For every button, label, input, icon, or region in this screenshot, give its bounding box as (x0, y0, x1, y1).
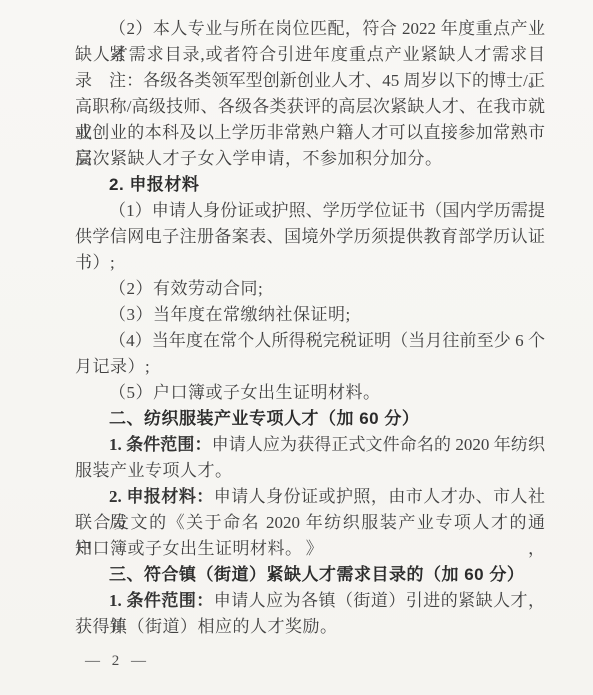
text-line: 1. 条件范围：申请人应为获得正式文件命名的 2020 年纺织 (75, 432, 545, 458)
text-line: 或创业的本科及以上学历非常熟户籍人才可以直接参加常熟市高 (75, 120, 545, 146)
text-segment: （4）当年度在常个人所得税完税证明（当月往前至少 6 个 (109, 331, 545, 350)
text-segment: 服装产业专项人才。 (75, 461, 233, 480)
text-segment: 书）; (75, 253, 115, 272)
text-line: （2）本人专业与所在岗位匹配，符合 2022 年度重点产业紧 (75, 16, 545, 42)
text-segment: 申请人应为获得正式文件命名的 2020 年纺织 (212, 435, 545, 454)
text-line: （3）当年度在常缴纳社保证明; (75, 302, 545, 328)
text-segment: 月记录）; (75, 357, 150, 376)
document-lines: （2）本人专业与所在岗位匹配，符合 2022 年度重点产业紧缺人才需求目录,或者… (75, 16, 545, 640)
text-line: 获得镇（街道）相应的人才奖励。 (75, 614, 545, 640)
text-line: 注：各级各类领军型创新创业人才、45 周岁以下的博士/正 (75, 68, 545, 94)
text-line: 书）; (75, 250, 545, 276)
bold-text-segment: 2. 申报材料： (109, 487, 214, 506)
text-segment: （2）有效劳动合同; (109, 279, 263, 298)
text-line: 联合发文的《关于命名 2020 年纺织服装产业专项人才的通知》， (75, 510, 545, 536)
text-line: 供学信网电子注册备案表、国境外学历须提供教育部学历认证 (75, 224, 545, 250)
text-segment: 注：各级各类领军型创新创业人才、45 周岁以下的博士/正 (109, 71, 545, 90)
text-line: 高职称/高级技师、各级各类获评的高层次紧缺人才、在我市就业 (75, 94, 545, 120)
text-segment: 层次紧缺人才子女入学申请，不参加积分加分。 (75, 149, 443, 168)
document-page: （2）本人专业与所在岗位匹配，符合 2022 年度重点产业紧缺人才需求目录,或者… (0, 0, 593, 695)
text-line: （5）户口簿或子女出生证明材料。 (75, 380, 545, 406)
bold-text-segment: 三、符合镇（街道）紧缺人才需求目录的（加 60 分） (109, 565, 524, 584)
text-segment: 供学信网电子注册备案表、国境外学历须提供教育部学历认证 (75, 227, 545, 246)
text-line: （1）申请人身份证或护照、学历学位证书（国内学历需提 (75, 198, 545, 224)
section-heading: 三、符合镇（街道）紧缺人才需求目录的（加 60 分） (75, 562, 545, 588)
bold-text-segment: 二、纺织服装产业专项人才（加 60 分） (109, 409, 419, 428)
text-segment: 户口簿或子女出生证明材料。 (75, 539, 303, 558)
bold-text-segment: 2. 申报材料 (109, 175, 199, 194)
section-heading: 2. 申报材料 (75, 172, 545, 198)
bold-text-segment: 1. 条件范围： (109, 435, 212, 454)
section-heading: 二、纺织服装产业专项人才（加 60 分） (75, 406, 545, 432)
page-number: — 2 — (85, 653, 545, 670)
text-segment: 获得镇（街道）相应的人才奖励。 (75, 617, 338, 636)
text-segment: （5）户口簿或子女出生证明材料。 (109, 383, 381, 402)
text-segment: （1）申请人身份证或护照、学历学位证书（国内学历需提 (109, 201, 545, 220)
text-line: 层次紧缺人才子女入学申请，不参加积分加分。 (75, 146, 545, 172)
text-line: （4）当年度在常个人所得税完税证明（当月往前至少 6 个 (75, 328, 545, 354)
text-line: 2. 申报材料：申请人身份证或护照，由市人才办、市人社局 (75, 484, 545, 510)
text-line: 月记录）; (75, 354, 545, 380)
text-segment: （3）当年度在常缴纳社保证明; (109, 305, 351, 324)
text-line: 服装产业专项人才。 (75, 458, 545, 484)
text-line: 缺人才需求目录,或者符合引进年度重点产业紧缺人才需求目录。 (75, 42, 545, 68)
bold-text-segment: 1. 条件范围： (109, 591, 214, 610)
text-line: 1. 条件范围：申请人应为各镇（街道）引进的紧缺人才，并 (75, 588, 545, 614)
text-line: （2）有效劳动合同; (75, 276, 545, 302)
